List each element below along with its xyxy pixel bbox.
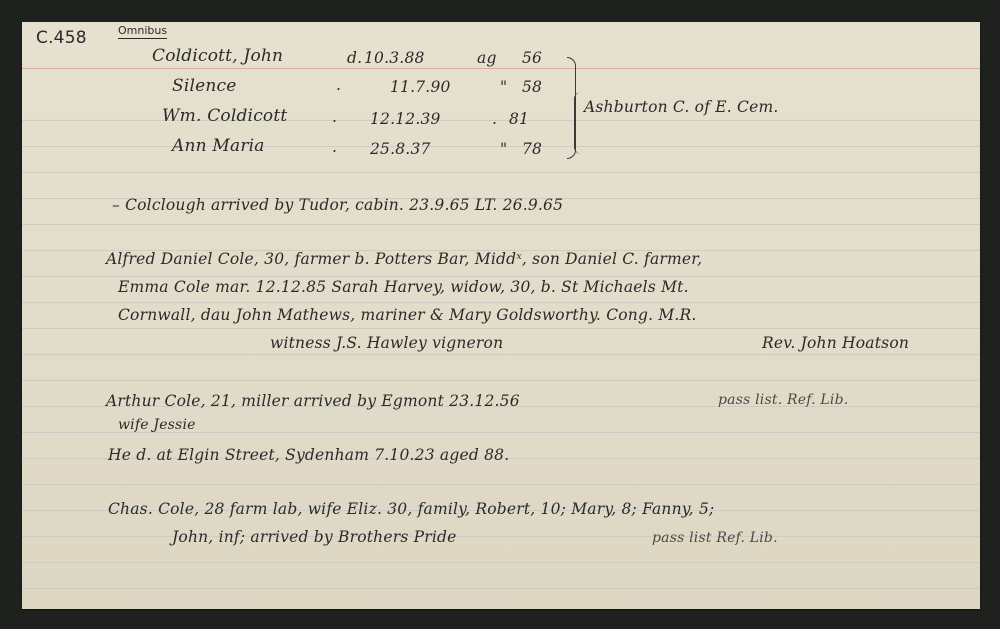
burial-date: 11.7.90 [390, 78, 451, 96]
bracket-left [574, 92, 581, 154]
ruled-line [22, 172, 980, 173]
ruled-line [22, 224, 980, 225]
burial-age-prefix: . [492, 110, 497, 128]
burial-age-prefix: " [500, 78, 507, 96]
burial-age: 56 [522, 49, 542, 67]
burial-date-prefix: . [336, 76, 341, 94]
red-header-rule [22, 68, 980, 69]
burial-name: Coldicott, John [152, 46, 283, 66]
entry-alfred-cole-minister: Rev. John Hoatson [762, 334, 909, 352]
ruled-line [22, 380, 980, 381]
ruled-line [22, 302, 980, 303]
burial-date: 12.12.39 [370, 110, 441, 128]
entry-alfred-cole-line-2: Emma Cole mar. 12.12.85 Sarah Harvey, wi… [118, 278, 689, 296]
ruled-line [22, 536, 980, 537]
ruled-line [22, 354, 980, 355]
burial-date-prefix: . [332, 108, 337, 126]
entry-arthur-cole-reference: pass list. Ref. Lib. [718, 392, 848, 408]
entry-colclough: – Colclough arrived by Tudor, cabin. 23.… [112, 196, 563, 214]
entry-chas-cole-reference: pass list Ref. Lib. [652, 530, 778, 546]
entry-alfred-cole-witness: witness J.S. Hawley vigneron [270, 334, 503, 352]
ruled-line [22, 276, 980, 277]
ruled-line [22, 328, 980, 329]
burial-name: Ann Maria [172, 136, 265, 156]
burial-place: Ashburton C. of E. Cem. [584, 98, 779, 116]
burial-age-prefix: ag [477, 49, 497, 67]
entry-arthur-cole-wife: wife Jessie [118, 417, 196, 433]
burial-age: 58 [522, 78, 542, 96]
entry-arthur-cole: Arthur Cole, 21, miller arrived by Egmon… [106, 392, 520, 410]
burial-name: Wm. Coldicott [162, 106, 287, 126]
card-reference: C.458 [36, 28, 87, 48]
ruled-line [22, 484, 980, 485]
burial-date: 10.3.88 [364, 49, 425, 67]
entry-chas-cole-line-1: Chas. Cole, 28 farm lab, wife Eliz. 30, … [108, 500, 714, 518]
card-category: Omnibus [118, 25, 167, 39]
index-card: C.458 Omnibus Coldicott, John d. 10.3.88… [22, 22, 980, 609]
burial-age: 81 [509, 110, 529, 128]
burial-name: Silence [172, 76, 237, 96]
burial-date-prefix: d. [347, 49, 362, 67]
burial-date-prefix: . [332, 138, 337, 156]
ruled-line [22, 562, 980, 563]
entry-arthur-cole-death: He d. at Elgin Street, Sydenham 7.10.23 … [108, 446, 509, 464]
burial-date: 25.8.37 [370, 140, 431, 158]
burial-age: 78 [522, 140, 542, 158]
ruled-line [22, 588, 980, 589]
burial-age-prefix: " [500, 140, 507, 158]
entry-alfred-cole-line-1: Alfred Daniel Cole, 30, farmer b. Potter… [106, 250, 702, 268]
entry-chas-cole-line-2: John, inf; arrived by Brothers Pride [172, 528, 457, 546]
entry-alfred-cole-line-3: Cornwall, dau John Mathews, mariner & Ma… [118, 306, 697, 324]
